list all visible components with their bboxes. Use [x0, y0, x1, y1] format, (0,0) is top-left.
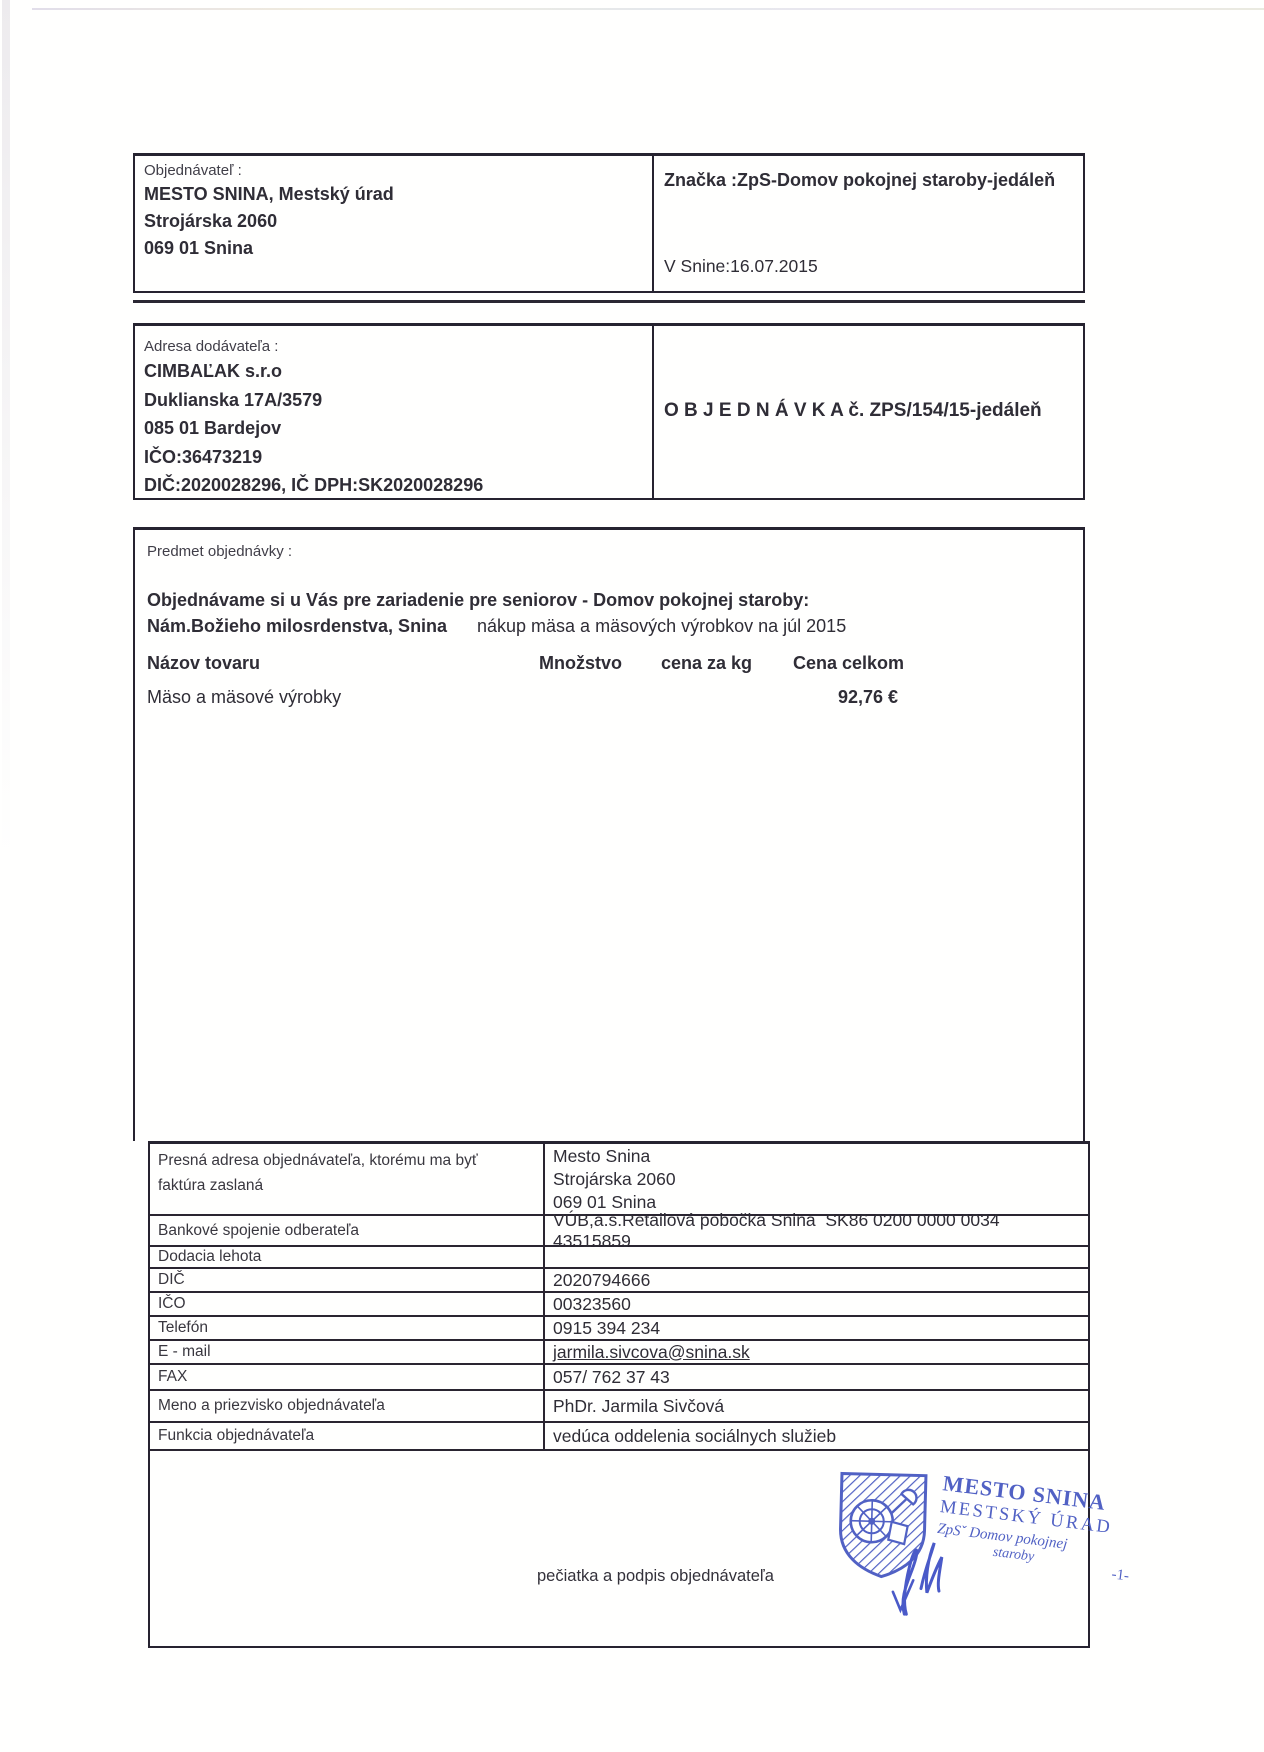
- order-mark: Značka :ZpS-Domov pokojnej staroby-jedál…: [664, 168, 1075, 192]
- phone-number: 0915 394 234: [553, 1318, 1080, 1339]
- table-row: DIČ 2020794666: [150, 1269, 1088, 1293]
- scanned-order-document: Objednávateľ : MESTO SNINA, Mestský úrad…: [0, 0, 1264, 1752]
- orderer-street: Strojárska 2060: [144, 208, 642, 235]
- email-label: E - mail: [158, 1343, 537, 1361]
- table-row: Funkcia objednávateľa vedúca oddelenia s…: [150, 1423, 1088, 1451]
- order-mark-cell: Značka :ZpS-Domov pokojnej staroby-jedál…: [652, 156, 1083, 291]
- orderer-label: Objednávateľ :: [144, 162, 642, 179]
- row-label: Funkcia objednávateľa: [150, 1423, 543, 1449]
- item-quantity: [539, 687, 661, 708]
- order-place-date: V Snine:16.07.2015: [664, 256, 1075, 291]
- contact-name-label: Meno a priezvisko objednávateľa: [158, 1397, 537, 1415]
- subject-label: Predmet objednávky :: [147, 543, 1073, 560]
- signature: [886, 1522, 969, 1624]
- invoice-address-line2: Strojárska 2060: [553, 1168, 1080, 1191]
- phone-value: 0915 394 234: [543, 1317, 1088, 1339]
- invoice-address-line1: Mesto Snina: [553, 1145, 1080, 1168]
- scan-artifact-left-streak: [2, 0, 10, 860]
- supplier-box: Adresa dodávateľa : CIMBAĽAK s.r.o Dukli…: [133, 323, 1085, 500]
- subject-place: Nám.Božieho milosrdenstva, Snina: [147, 613, 477, 639]
- bank-account: VÚB,a.s.Retailová pobočka Snina SK86 020…: [553, 1210, 1080, 1251]
- ico-number: 00323560: [553, 1294, 1080, 1315]
- municipal-stamp: MESTO SNINA MESTSKÝ ÚRAD ZpSˇ Domov poko…: [824, 1462, 1128, 1640]
- table-row: Dodacia lehota: [150, 1247, 1088, 1269]
- dic-label: DIČ: [158, 1271, 537, 1289]
- col-item-name: Názov tovaru: [147, 653, 539, 674]
- table-row: Meno a priezvisko objednávateľa PhDr. Ja…: [150, 1391, 1088, 1423]
- bank-value: VÚB,a.s.Retailová pobočka Snina SK86 020…: [543, 1216, 1088, 1245]
- order-number-title: O B J E D N Á V K A č. ZPS/154/15-jedále…: [664, 400, 1075, 422]
- items-header-row: Názov tovaru Množstvo cena za kg Cena ce…: [147, 653, 1073, 674]
- col-total-price: Cena celkom: [793, 653, 943, 674]
- subject-line2: Nám.Božieho milosrdenstva, Snina nákup m…: [147, 613, 1073, 639]
- row-label: Presná adresa objednávateľa, ktorému ma …: [150, 1144, 543, 1214]
- contact-function: vedúca oddelenia sociálnych služieb: [553, 1426, 1080, 1447]
- row-value: Mesto Snina Strojárska 2060 069 01 Snina: [543, 1144, 1088, 1214]
- item-row: Mäso a mäsové výrobky 92,76 €: [147, 687, 1073, 708]
- row-label: Telefón: [150, 1317, 543, 1339]
- supplier-dic: DIČ:2020028296, IČ DPH:SK2020028296: [144, 471, 642, 500]
- separator-line: [133, 300, 1085, 303]
- row-label: Bankové spojenie odberateľa: [150, 1216, 543, 1245]
- subject-description: nákup mäsa a mäsových výrobkov na júl 20…: [477, 613, 846, 639]
- supplier-name: CIMBAĽAK s.r.o: [144, 357, 642, 386]
- row-label: FAX: [150, 1365, 543, 1389]
- supplier-ico: IČO:36473219: [144, 443, 642, 472]
- table-row: Telefón 0915 394 234: [150, 1317, 1088, 1341]
- row-label-line1: Presná adresa objednávateľa, ktorému ma …: [158, 1148, 537, 1173]
- dic-number: 2020794666: [553, 1270, 1080, 1291]
- order-number-cell: O B J E D N Á V K A č. ZPS/154/15-jedále…: [652, 326, 1083, 498]
- row-label: Dodacia lehota: [150, 1247, 543, 1267]
- delivery-term-value: [543, 1247, 1088, 1267]
- supplier-address-cell: Adresa dodávateľa : CIMBAĽAK s.r.o Dukli…: [135, 326, 652, 498]
- fax-value: 057/ 762 37 43: [543, 1365, 1088, 1389]
- stamp-page-number: -1-: [1111, 1566, 1130, 1585]
- table-row: E - mail jarmila.sivcova@snina.sk: [150, 1341, 1088, 1365]
- orderer-city: 069 01 Snina: [144, 235, 642, 262]
- contact-function-label: Funkcia objednávateľa: [158, 1427, 537, 1445]
- table-row: IČO 00323560: [150, 1293, 1088, 1317]
- table-row: FAX 057/ 762 37 43: [150, 1365, 1088, 1391]
- row-label: E - mail: [150, 1341, 543, 1363]
- bank-label: Bankové spojenie odberateľa: [158, 1222, 537, 1240]
- email-value: jarmila.sivcova@snina.sk: [543, 1341, 1088, 1363]
- col-price-per-kg: cena za kg: [661, 653, 793, 674]
- row-label-line2: faktúra zaslaná: [158, 1173, 537, 1198]
- supplier-city: 085 01 Bardejov: [144, 414, 642, 443]
- delivery-term-label: Dodacia lehota: [158, 1248, 537, 1266]
- fax-number: 057/ 762 37 43: [553, 1367, 1080, 1388]
- ico-label: IČO: [158, 1295, 537, 1313]
- ico-value: 00323560: [543, 1293, 1088, 1315]
- item-name: Mäso a mäsové výrobky: [147, 687, 539, 708]
- col-quantity: Množstvo: [539, 653, 661, 674]
- orderer-box: Objednávateľ : MESTO SNINA, Mestský úrad…: [133, 153, 1085, 293]
- contact-name: PhDr. Jarmila Sivčová: [553, 1396, 1080, 1417]
- subject-intro: Objednávame si u Vás pre zariadenie pre …: [147, 587, 1073, 613]
- table-row: Presná adresa objednávateľa, ktorému ma …: [150, 1144, 1088, 1216]
- stamp-signature-caption: pečiatka a podpis objednávateľa: [537, 1567, 774, 1586]
- email-address: jarmila.sivcova@snina.sk: [553, 1342, 1080, 1363]
- item-price-per-kg: [661, 687, 793, 708]
- scan-artifact-top-line: [32, 8, 1264, 10]
- contact-function-value: vedúca oddelenia sociálnych služieb: [543, 1423, 1088, 1449]
- row-label: IČO: [150, 1293, 543, 1315]
- dic-value: 2020794666: [543, 1269, 1088, 1291]
- orderer-address-cell: Objednávateľ : MESTO SNINA, Mestský úrad…: [135, 156, 652, 291]
- row-label: DIČ: [150, 1269, 543, 1291]
- supplier-label: Adresa dodávateľa :: [144, 338, 642, 355]
- row-label: Meno a priezvisko objednávateľa: [150, 1391, 543, 1421]
- order-subject-box: Predmet objednávky : Objednávame si u Vá…: [133, 527, 1085, 1141]
- table-row: Bankové spojenie odberateľa VÚB,a.s.Reta…: [150, 1216, 1088, 1247]
- orderer-name: MESTO SNINA, Mestský úrad: [144, 181, 642, 208]
- fax-label: FAX: [158, 1368, 537, 1386]
- item-total-price: 92,76 €: [793, 687, 988, 708]
- supplier-street: Duklianska 17A/3579: [144, 386, 642, 415]
- orderer-details-table: Presná adresa objednávateľa, ktorému ma …: [148, 1141, 1090, 1648]
- contact-name-value: PhDr. Jarmila Sivčová: [543, 1391, 1088, 1421]
- phone-label: Telefón: [158, 1319, 537, 1337]
